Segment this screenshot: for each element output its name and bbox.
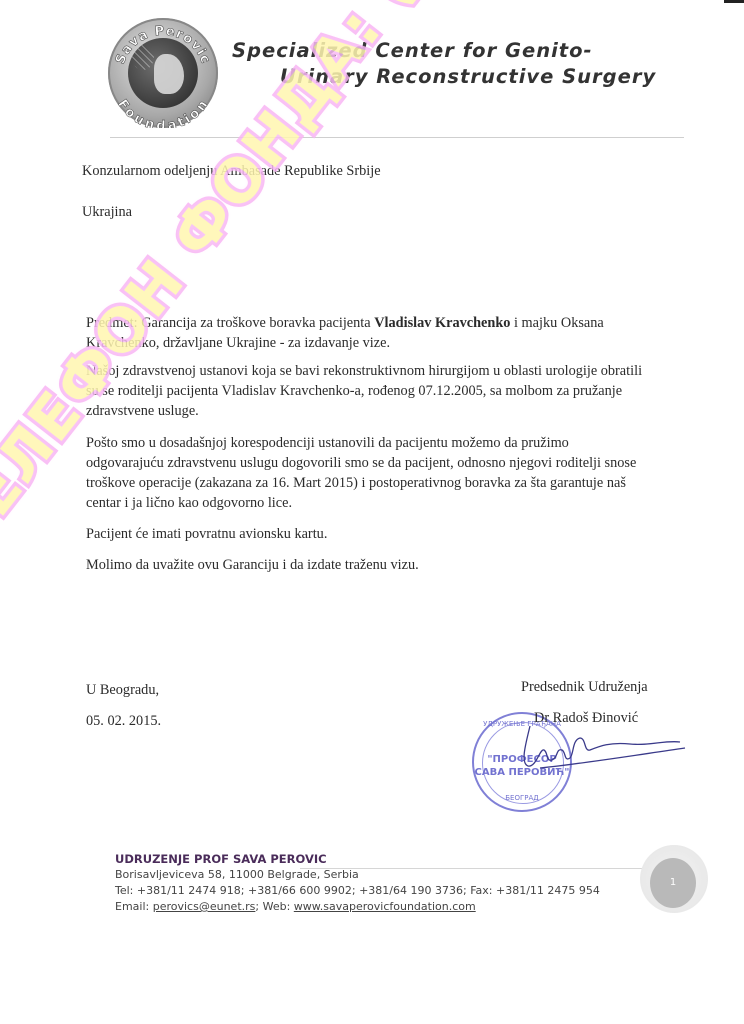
subject-prefix: Predmet: Garancija za troškove boravka p… bbox=[86, 315, 374, 331]
svg-text:Sava Perovic: Sava Perovic bbox=[113, 24, 213, 67]
header-divider bbox=[110, 137, 684, 138]
handwritten-signature bbox=[500, 718, 690, 788]
signatory-title: Predsednik Udruženja bbox=[521, 679, 648, 696]
paragraph-4: Molimo da uvažite ovu Garanciju i da izd… bbox=[86, 555, 646, 575]
footer-org: UDRUZENJE PROF SAVA PEROVIC bbox=[115, 851, 600, 867]
footer-address: Borisavljeviceva 58, 11000 Belgrade, Ser… bbox=[115, 867, 600, 883]
foundation-logo: Sava Perovic Foundation bbox=[108, 18, 218, 128]
logo-top-text: Sava Perovic bbox=[113, 24, 213, 67]
recipient-line-2: Ukrajina bbox=[82, 203, 132, 221]
paragraph-1: Našoj zdravstvenoj ustanovi koja se bavi… bbox=[86, 361, 646, 421]
footer-phones: Tel: +381/11 2474 918; +381/66 600 9902;… bbox=[115, 883, 600, 899]
title-line-2: Urinary Reconstructive Surgery bbox=[232, 64, 656, 90]
website-link[interactable]: www.savaperovicfoundation.com bbox=[294, 900, 476, 913]
logo-ring-text: Sava Perovic Foundation bbox=[108, 18, 218, 128]
svg-text:Foundation: Foundation bbox=[114, 97, 211, 128]
subject: Predmet: Garancija za troškove boravka p… bbox=[86, 313, 646, 353]
stamp-bottom-text: БЕОГРАД bbox=[474, 794, 570, 802]
patient-name: Vladislav Kravchenko bbox=[374, 315, 510, 331]
footer-contact: Email: perovics@eunet.rs; Web: www.savap… bbox=[115, 899, 600, 915]
page-number: 1 bbox=[650, 858, 696, 908]
paragraph-3: Pacijent će imati povratnu avionsku kart… bbox=[86, 524, 646, 544]
recipient-line-1: Konzularnom odeljenju Ambasade Republike… bbox=[82, 162, 381, 180]
letterhead-footer: UDRUZENJE PROF SAVA PEROVIC Borisavljevi… bbox=[115, 851, 600, 915]
logo-bottom-text: Foundation bbox=[114, 97, 211, 128]
scan-edge-mark bbox=[724, 0, 744, 3]
date: 05. 02. 2015. bbox=[86, 712, 161, 730]
place: U Beogradu, bbox=[86, 681, 159, 699]
email-link[interactable]: perovics@eunet.rs bbox=[153, 900, 256, 913]
letterhead-title: Specialized Center for Genito- Urinary R… bbox=[232, 38, 656, 90]
title-line-1: Specialized Center for Genito- bbox=[232, 39, 593, 62]
paragraph-2: Pošto smo u dosadašnjoj korespodenciji u… bbox=[86, 433, 646, 513]
